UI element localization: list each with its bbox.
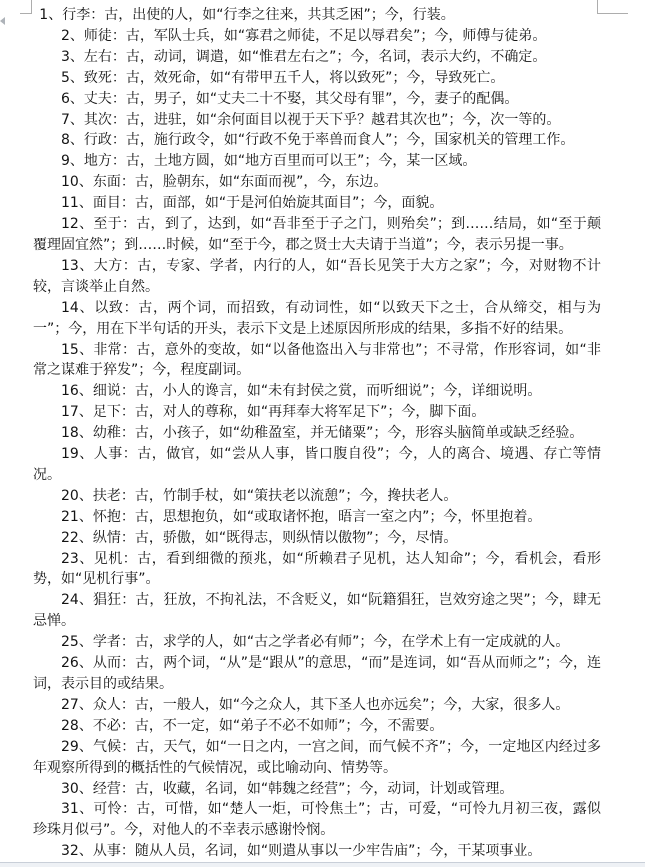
list-item: 29、气候：古，天气，如“一日之内，一宫之间，而气候不齐”；今，一定地区内经过多… xyxy=(33,737,601,779)
list-item: 15、非常：古，意外的变故，如“以备他盗出入与非常也”；不寻常，作形容词，如“非… xyxy=(33,340,601,382)
text-boundary-mark-top-left xyxy=(20,0,32,14)
list-item: 30、经营：古，收藏，名词，如“韩魏之经营”；今，动词，计划或管理。 xyxy=(33,779,601,800)
bottom-edge-strip xyxy=(0,862,645,867)
list-item: 9、地方：古，土地方圆，如“地方百里而可以王”；今，某一区域。 xyxy=(33,151,601,172)
list-item: 13、大方：古，专家、学者，内行的人，如“吾长见笑于大方之家”；今，对财物不计较… xyxy=(33,256,601,298)
list-item: 10、东面：古，脸朝东，如“东面而视”，今，东边。 xyxy=(33,172,601,193)
list-item: 18、幼稚：古，小孩子，如“幼稚盈室，并无储粟”；今，形容头脑简单或缺乏经验。 xyxy=(33,423,601,444)
list-item: 5、致死：古，效死命，如“有带甲五千人，将以致死”；今，导致死亡。 xyxy=(33,68,601,89)
list-item: 23、见机：古，看到细微的预兆，如“所赖君子见机，达人知命”；今，看机会，看形势… xyxy=(33,549,601,591)
list-item: 2、师徒：古，军队士兵，如“寡君之师徒，不足以辱君矣”；今，师傅与徒弟。 xyxy=(33,26,601,47)
list-item: 32、从事：随从人员，名词，如“则遣从事以一少牢告庙”；今，干某项事业。 xyxy=(33,841,601,862)
list-item: 11、面目：古，面部，如“于是河伯始旋其面目”；今，面貌。 xyxy=(33,193,601,214)
list-item: 19、人事：古，做官，如“尝从人事，皆口腹自役”；今，人的离合、境遇、存亡等情况… xyxy=(33,444,601,486)
list-item: 12、至于：古，到了，达到，如“吾非至于子之门，则殆矣”；到……结局，如“至于颠… xyxy=(33,214,601,256)
list-item: 14、以致：古，两个词，而招致，有动词性，如“以致天下之士，合从缔交，相与为一”… xyxy=(33,298,601,340)
list-item: 31、可怜：古，可惜，如“楚人一炬，可怜焦土”；古，可爱，“可怜九月初三夜，露似… xyxy=(33,799,601,841)
list-item: 1、行李：古，出使的人，如“行李之往来，共其乏困”；今，行装。 xyxy=(33,5,601,26)
list-item: 24、猖狂：古，狂放，不拘礼法，不含贬义，如“阮籍猖狂，岂效穷途之哭”；今，肆无… xyxy=(33,590,601,632)
list-item: 7、其次：古，进驻，如“余何面目以视于天下乎？越君其次也”；今，次一等的。 xyxy=(33,110,601,131)
list-item: 26、从而：古，两个词，“从”是“跟从”的意思，“而”是连词，如“吾从而师之”；… xyxy=(33,653,601,695)
document-page: 1、行李：古，出使的人，如“行李之往来，共其乏困”；今，行装。2、师徒：古，军队… xyxy=(0,0,645,867)
list-item: 21、怀抱：古，思想抱负，如“或取诸怀抱，晤言一室之内”；今，怀里抱着。 xyxy=(33,507,601,528)
list-item: 28、不必：古，不一定，如“弟子不必不如师”；今，不需要。 xyxy=(33,716,601,737)
margin-arrow-icon xyxy=(0,17,5,25)
list-item: 17、足下：古，对人的尊称，如“再拜奉大将军足下”；今，脚下面。 xyxy=(33,402,601,423)
document-text-area[interactable]: 1、行李：古，出使的人，如“行李之往来，共其乏困”；今，行装。2、师徒：古，军队… xyxy=(33,5,601,862)
list-item: 16、细说：古，小人的谗言，如“未有封侯之赏，而听细说”；今，详细说明。 xyxy=(33,381,601,402)
list-item: 8、行政：古，施行政令，如“行政不免于率兽而食人”；今，国家机关的管理工作。 xyxy=(33,130,601,151)
list-item: 22、纵情：古，骄傲，如“既得志，则纵情以傲物”；今，尽情。 xyxy=(33,528,601,549)
list-item: 6、丈夫：古，男子，如“丈夫二十不娶，其父母有罪”，今，妻子的配偶。 xyxy=(33,89,601,110)
list-item: 25、学者：古，求学的人，如“古之学者必有师”；今，在学术上有一定成就的人。 xyxy=(33,632,601,653)
list-item: 20、扶老：古，竹制手杖，如“策扶老以流憩”；今，搀扶老人。 xyxy=(33,486,601,507)
list-item: 27、众人：古，一般人，如“今之众人，其下圣人也亦远矣”；今，大家，很多人。 xyxy=(33,695,601,716)
list-item: 3、左右：古，动词，调遣，如“惟君左右之”；今，名词，表示大约，不确定。 xyxy=(33,47,601,68)
text-boundary-mark-top-right xyxy=(597,0,628,14)
